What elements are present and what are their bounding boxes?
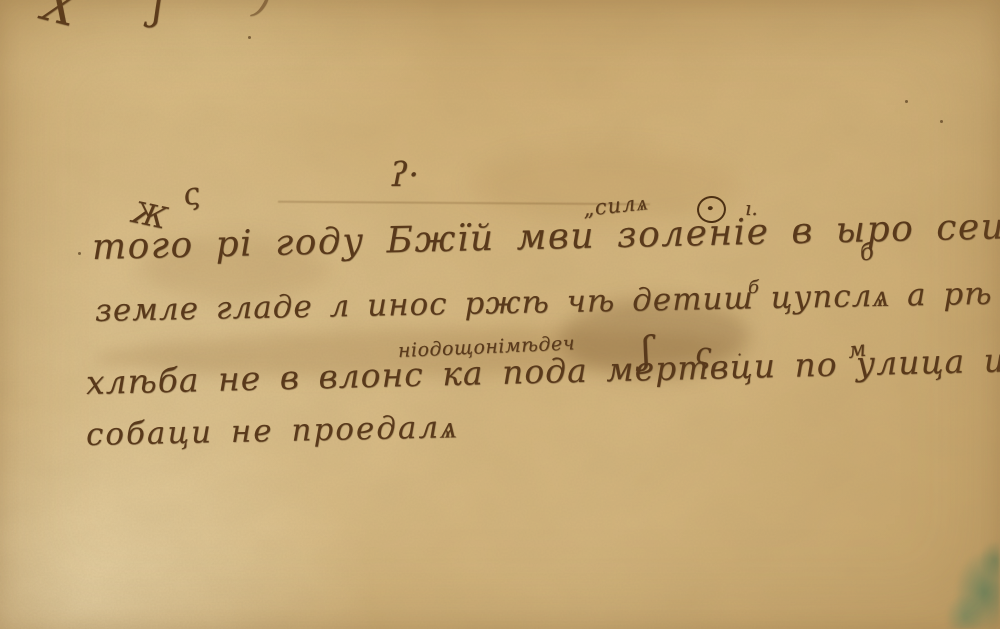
top-edge-ink-mark-2: ʃ — [151, 0, 166, 27]
query-flourish-mark: ʔ· — [390, 158, 419, 192]
ink-speck — [78, 252, 81, 255]
ink-speck — [905, 100, 908, 103]
manuscript-line-4: собаци не проедалѧ — [86, 412, 460, 451]
manuscript-line-2: земле гладе л инос ржѣ чѣ детиш цупслѧ а… — [95, 274, 1000, 327]
superscript-m-line3-end: м — [846, 339, 866, 363]
top-edge-ink-mark-3: ) — [250, 0, 274, 22]
manuscript-page: Х ʃ ) ʔ· Ж ς „силѧ ı. б б того рі году Б… — [0, 0, 1000, 629]
sigma-flourish-mark: ς — [180, 179, 203, 212]
ink-speck — [248, 36, 251, 39]
top-edge-ink-mark-1: Х — [38, 0, 81, 33]
ink-speck — [940, 120, 943, 123]
green-stain — [916, 533, 1000, 629]
